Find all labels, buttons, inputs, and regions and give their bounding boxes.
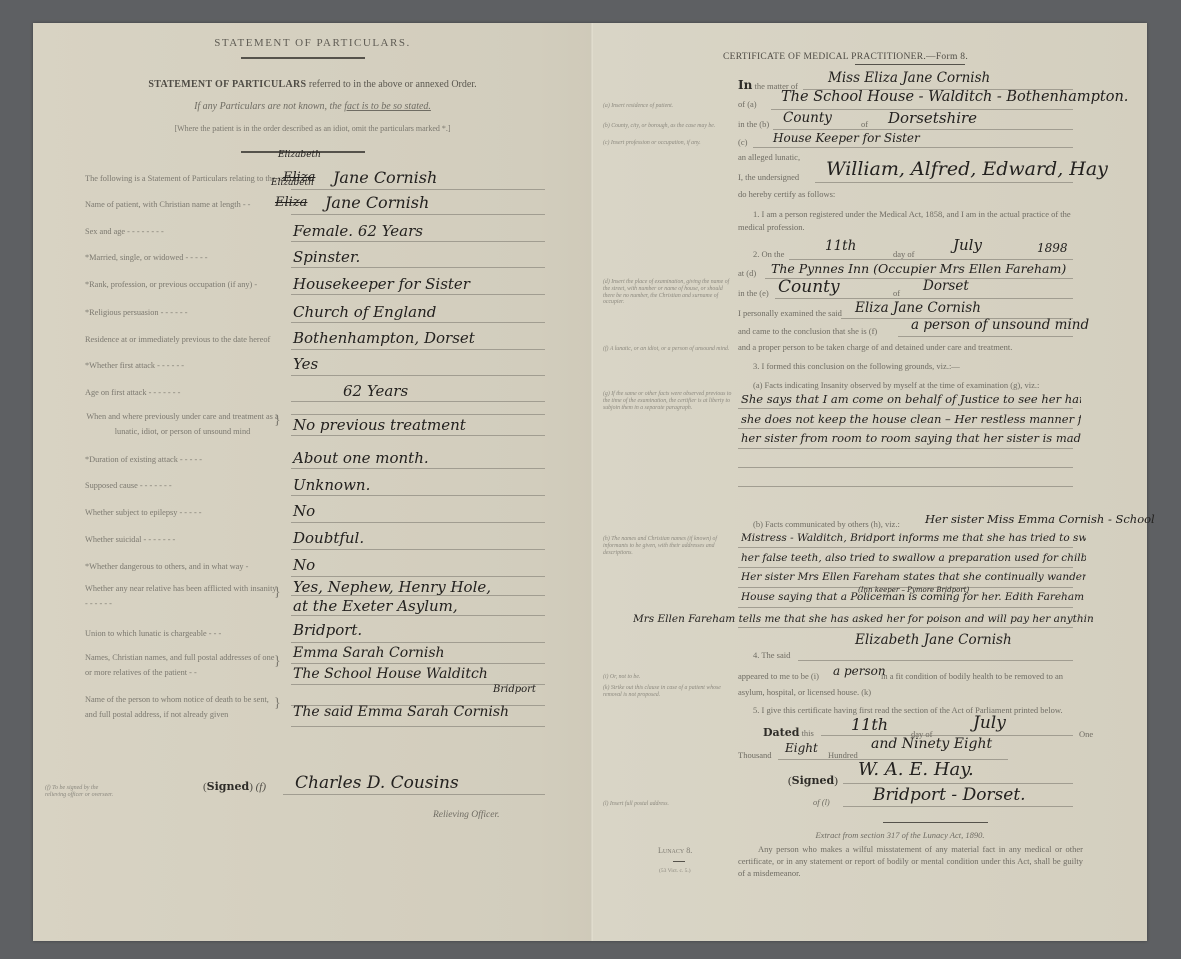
certificate-title: CERTIFICATE OF MEDICAL PRACTITIONER.—For… [723, 52, 968, 62]
facts-communicated-last-line: Mrs Ellen Fareham tells me that she has … [633, 613, 1093, 625]
exam-county-name-value: Dorset [923, 278, 969, 294]
thousand-label: Thousand [738, 750, 772, 760]
field-line [291, 615, 545, 616]
notice-of-death-value: The said Emma Sarah Cornish [293, 704, 509, 720]
practitioner-name-value: William, Alfred, Edward, Hay [826, 158, 1108, 180]
residence-value: The School House - Walditch - Bothenhamp… [781, 89, 1128, 105]
field-line [291, 294, 545, 295]
row-label-name: Name of patient, with Christian name at … [85, 199, 275, 210]
facts-observed-text: She says that I am come on behalf of Jus… [741, 390, 1081, 449]
margin-note-b: (b) County, city, or borough, as the cas… [603, 123, 733, 130]
brace: } [274, 413, 281, 429]
facts-observed-line: her sister from room to room saying that… [741, 429, 1081, 449]
paragraph-1: 1. I am a person registered under the Me… [738, 208, 1078, 234]
said-label: 4. The said [753, 650, 790, 660]
divider [883, 822, 988, 823]
intro-correction: Elizabeth [278, 150, 321, 160]
signed-word: Signed [207, 780, 250, 793]
subtitle-bold: STATEMENT OF PARTICULARS [148, 79, 306, 90]
row-label-occupation: *Rank, profession, or previous occupatio… [85, 279, 295, 290]
row-label-age-first-attack: Age on first attack - - - - - - - [85, 387, 275, 398]
relieving-officer-signature: Charles D. Cousins [295, 773, 459, 793]
medical-certificate-page: CERTIFICATE OF MEDICAL PRACTITIONER.—For… [593, 23, 1147, 941]
margin-note-d: (d) Insert the place of examination, giv… [603, 279, 733, 306]
exam-county-value: County [778, 277, 840, 297]
field-line [843, 806, 1073, 807]
cause-value: Unknown. [293, 476, 370, 494]
first-attack-value: Yes [293, 355, 318, 373]
dangerous-value: No [293, 556, 315, 574]
lunacy-sub: (53 Vict. c. 5.) [659, 868, 691, 874]
field-line [898, 336, 1073, 337]
margin-note-k: (k) Strike out this clause in case of a … [603, 685, 733, 699]
signed-margin-note: (f) To be signed by the relieving office… [45, 785, 115, 799]
row-label-dangerous: *Whether dangerous to others, and in wha… [85, 561, 285, 572]
relative-insanity-value: Yes, Nephew, Henry Hole, [293, 578, 491, 596]
of-a-label: of (a) [738, 99, 757, 109]
facts-communicated-line: House saying that a Policeman is coming … [741, 588, 1086, 608]
previous-treatment-value: No previous treatment [293, 416, 466, 434]
field-line [291, 495, 545, 496]
field-line [291, 189, 545, 190]
exam-day-value: 11th [825, 238, 856, 254]
brace: } [274, 696, 281, 712]
signed-ref: (f) [256, 781, 266, 793]
dated-one: One [1079, 729, 1093, 739]
row-label-cause: Supposed cause - - - - - - - [85, 480, 275, 491]
alleged-lunatic-label: an alleged lunatic, [738, 152, 800, 162]
certify-label: do hereby certify as follows: [738, 189, 835, 199]
field-line [291, 241, 545, 242]
paragraph-5: 5. I give this certificate having first … [753, 705, 1063, 715]
row-label-union: Union to which lunatic is chargeable - -… [85, 628, 275, 639]
day-of-label: day of [893, 249, 914, 259]
examined-label: I personally examined the said [738, 308, 842, 318]
margin-note-i: (i) Or, not to be. [603, 674, 733, 681]
religion-value: Church of England [293, 303, 436, 321]
county-name-value: Dorsetshire [888, 109, 977, 127]
row-label-suicidal: Whether suicidal - - - - - - - [85, 534, 275, 545]
relatives-value-3: Bridport [493, 684, 536, 695]
name-correction: Elizabeth [271, 178, 314, 188]
brace: } [274, 585, 281, 601]
field-line [291, 435, 545, 436]
facts-observed-line: She says that I am come on behalf of Jus… [741, 390, 1081, 410]
appeared-value: a person [833, 664, 886, 678]
patient-name-value: Miss Eliza Jane Cornish [828, 70, 990, 86]
field-line [773, 129, 1073, 130]
name-struck: Eliza [275, 195, 307, 210]
of-label-2: of [893, 288, 900, 298]
dated-day-value: 11th [851, 715, 888, 734]
document-sheet: STATEMENT OF PARTICULARS. STATEMENT OF P… [33, 23, 1147, 941]
sex-age-value: Female. 62 Years [293, 222, 423, 240]
idiot-note: [Where the patient is in the order descr… [33, 124, 592, 133]
exam-year-value: 1898 [1037, 241, 1068, 255]
margin-note-f: (f) A lunatic, or an idiot, or a person … [603, 346, 733, 353]
statement-of-particulars-page: STATEMENT OF PARTICULARS. STATEMENT OF P… [33, 23, 592, 941]
field-line [291, 549, 545, 550]
field-line [291, 663, 545, 664]
divider [673, 861, 685, 862]
subtitle-rest: referred to in the above or annexed Orde… [306, 79, 476, 90]
facts-observed-line: she does not keep the house clean – Her … [741, 410, 1081, 430]
field-line [291, 375, 545, 376]
dated-word: Dated [763, 726, 799, 739]
in-b-label: in the (b) [738, 119, 769, 129]
exam-month-value: July [953, 236, 982, 254]
row-label-married: *Married, single, or widowed - - - - - [85, 252, 275, 263]
suicidal-value: Doubtful. [293, 529, 364, 547]
page-title: STATEMENT OF PARTICULARS. [33, 37, 592, 49]
examined-value: Eliza Jane Cornish [855, 300, 981, 316]
row-label-duration: *Duration of existing attack - - - - - [85, 454, 275, 465]
field-line [291, 642, 545, 643]
field-line [291, 726, 545, 727]
union-value: Bridport. [293, 621, 362, 639]
field-line [291, 267, 545, 268]
row-label-religion: *Religious persuasion - - - - - - [85, 307, 275, 318]
conclusion-value: a person of unsound mind [911, 317, 1089, 333]
relative-insanity-value-2: at the Exeter Asylum, [293, 597, 458, 615]
subtitle: STATEMENT OF PARTICULARS referred to in … [33, 79, 592, 90]
doctor-signed-label: (Signed) [788, 774, 838, 787]
field-line [291, 522, 545, 523]
age-first-attack-value: 62 Years [343, 382, 408, 400]
proper-person-text: and a proper person to be taken charge o… [738, 342, 1012, 352]
field-line [738, 486, 1073, 487]
brace: } [274, 654, 281, 670]
margin-note-l: (l) Insert full postal address. [603, 801, 733, 808]
field-line [753, 147, 1073, 148]
facts-observed-label: (a) Facts indicating Insanity observed b… [753, 380, 1039, 390]
margin-note-c: (c) Insert profession or occupation, if … [603, 140, 733, 147]
field-line [291, 322, 545, 323]
relatives-value-2: The School House Walditch [293, 666, 488, 682]
of-l-label: of (l) [813, 797, 830, 807]
county-value: County [783, 110, 832, 126]
paragraph-3-intro: 3. I formed this conclusion on the follo… [753, 361, 960, 371]
facts-communicated-line: her false teeth, also tried to swallow a… [741, 549, 1086, 569]
of-label: of [861, 119, 868, 129]
field-line [738, 627, 1073, 628]
row-label-notice-of-death: Name of the person to whom notice of dea… [85, 692, 280, 722]
doctor-signature: W. A. E. Hay. [858, 759, 974, 780]
note-underlined: fact is to be so stated. [344, 101, 431, 112]
c-label: (c) [738, 137, 747, 147]
margin-note-g: (g) If the same or other facts were obse… [603, 391, 733, 411]
dated-label: Dated this [763, 726, 814, 739]
dated-this: this [802, 728, 814, 738]
facts-communicated-line: Her sister Mrs Ellen Fareham states that… [741, 568, 1086, 588]
relieving-officer-role: Relieving Officer. [433, 810, 499, 820]
field-line [291, 468, 545, 469]
row-label-relative-insanity: Whether any near relative has been affli… [85, 581, 280, 611]
thousand-value: Eight [785, 741, 818, 755]
signed-label: (Signed) (f) [203, 780, 266, 793]
exam-place-value: The Pynnes Inn (Occupier Mrs Ellen Fareh… [771, 261, 1066, 276]
field-line [291, 576, 545, 577]
note-text: If any Particulars are not known, the [194, 101, 344, 112]
name-value: Jane Cornish [325, 193, 429, 212]
extract-text: Any person who makes a wilful misstateme… [738, 843, 1083, 879]
undersigned-label: I, the undersigned [738, 172, 799, 182]
appeared-label: appeared to me to be (i) [738, 671, 819, 681]
lunacy-ref: Lunacy 8. [658, 846, 692, 855]
on-the-label: 2. On the [753, 249, 784, 259]
epilepsy-value: No [293, 502, 315, 520]
field-line [291, 349, 545, 350]
field-line [775, 298, 1073, 299]
field-line [291, 414, 545, 415]
field-line [738, 607, 1073, 608]
in-cap: In [738, 78, 752, 92]
in-e-label: in the (e) [738, 288, 769, 298]
facts-communicated-line: Mistress - Walditch, Bridport informs me… [741, 529, 1086, 549]
at-d-label: at (d) [738, 268, 756, 278]
row-label-first-attack: *Whether first attack - - - - - - [85, 360, 275, 371]
intro-value: Jane Cornish [333, 168, 437, 187]
occupation-value: House Keeper for Sister [773, 131, 920, 145]
margin-note-h: (h) The names and Christian names (if kn… [603, 536, 733, 556]
signature-line [843, 783, 1073, 784]
extract-title: Extract from section 317 of the Lunacy A… [593, 830, 1147, 840]
relatives-value: Emma Sarah Cornish [293, 645, 445, 661]
asylum-text: asylum, hospital, or licensed house. (k) [738, 687, 871, 697]
field-line [291, 401, 545, 402]
duration-value: About one month. [293, 449, 429, 467]
field-line [738, 467, 1073, 468]
facts-communicated-label: (b) Facts communicated by others (h), vi… [753, 519, 900, 529]
field-line [815, 182, 1073, 183]
divider [241, 57, 365, 59]
occupation-value: Housekeeper for Sister [293, 275, 470, 293]
appeared-rest: in a fit condition of bodily health to b… [881, 671, 1063, 681]
residence-value: Bothenhampton, Dorset [293, 329, 475, 347]
row-label-residence: Residence at or immediately previous to … [85, 334, 295, 345]
facts-communicated-text: Mistress - Walditch, Bridport informs me… [741, 529, 1086, 607]
said-value: Elizabeth Jane Cornish [855, 632, 1012, 648]
field-line [798, 660, 1073, 661]
row-label-epilepsy: Whether subject to epilepsy - - - - - [85, 507, 275, 518]
signed-word: Signed [792, 774, 835, 787]
doctor-address-value: Bridport - Dorset. [873, 785, 1026, 805]
divider [855, 64, 965, 65]
margin-note-a: (a) Insert residence of patient. [603, 103, 733, 110]
facts-communicated-first: Her sister Miss Emma Cornish - School [925, 512, 1155, 526]
field-line [291, 214, 545, 215]
dated-month-value: July [973, 713, 1006, 733]
signature-line [283, 794, 545, 795]
married-value: Spinster. [293, 248, 360, 266]
row-label-sex-age: Sex and age - - - - - - - - [85, 226, 275, 237]
field-line [789, 259, 1073, 260]
row-label-previous-treatment: When and where previously under care and… [85, 409, 280, 439]
unknown-particulars-note: If any Particulars are not known, the fa… [33, 101, 592, 112]
row-label-relatives: Names, Christian names, and full postal … [85, 650, 280, 680]
conclusion-label: and came to the conclusion that she is (… [738, 326, 877, 336]
hundred-value: and Ninety Eight [871, 736, 992, 752]
